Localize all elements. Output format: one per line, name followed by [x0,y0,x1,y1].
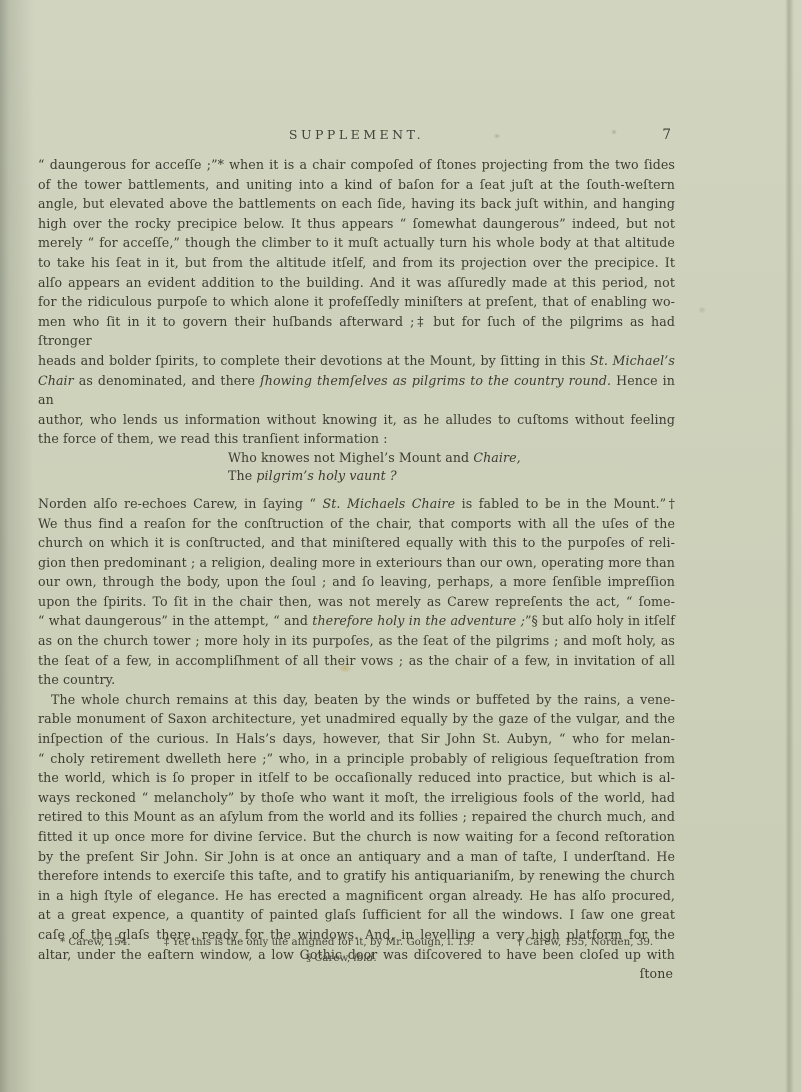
paragraph-2: Norden alſo re-echoes Carew, in ſaying “… [38,494,675,690]
text-line: in a high ſtyle of elegance. He has erec… [38,886,675,906]
text-line: alſo appears an evident addition to the … [38,273,675,293]
main-text-block: “ daungerous for acceſſe ;”* when it is … [38,155,675,984]
text-line: men who ſit in it to govern their huſban… [38,312,675,351]
text-line: fitted it up once more for divine ſervic… [38,827,675,847]
running-head-title: SUPPLEMENT. [38,127,675,142]
text-line: ways reckoned “ melancholy” by thoſe who… [38,788,675,808]
text-line: of the tower battlements, and uniting in… [38,175,675,195]
text-line: by the preſent Sir John. Sir John is at … [38,847,675,867]
text-line: for the ridiculous purpoſe to which alon… [38,292,675,312]
text-line: at a great expence, a quantity of painte… [38,905,675,925]
text-line: church on which it is conſtructed, and t… [38,533,675,553]
text-line: gion then predominant ; a religion, deal… [38,553,675,573]
text-line: author, who lends us information without… [38,410,675,430]
text-line: Norden alſo re-echoes Carew, in ſaying “… [38,494,675,514]
footnote-dagger: † Carew, 155, Norden, 39. [517,936,653,948]
text-line: upon the ſpirits. To ſit in the chair th… [38,592,675,612]
footnote-star: * Carew, 154. [60,936,131,948]
running-head: SUPPLEMENT. 7 [38,127,675,147]
footnote-double-dagger: ‡ Yet this is the only uſe aſſigned for … [164,936,473,948]
text-line: rable monument of Saxon architecture, ye… [38,709,675,729]
text-line: The whole church remains at this day, be… [38,690,675,710]
paragraph-1: “ daungerous for acceſſe ;”* when it is … [38,155,675,449]
text-line: the country. [38,670,675,690]
verse-quotation: Who knowes not Mighel’s Mount and Chaire… [228,449,675,485]
text-line: therefore intends to exerciſe this taſte… [38,866,675,886]
text-line: angle, but elevated above the battlement… [38,194,675,214]
text-line: “ choly retirement dwelleth here ;” who,… [38,749,675,769]
text-line: Chair as denominated, and there ſhowing … [38,371,675,410]
text-line: heads and bolder ſpirits, to complete th… [38,351,675,371]
book-page: SUPPLEMENT. 7 “ daungerous for acceſſe ;… [0,0,801,1092]
footnote-section: § Carew, ibid. [306,952,377,964]
verse-line: Who knowes not Mighel’s Mount and Chaire… [228,449,675,467]
footnote-row-1: * Carew, 154. ‡ Yet this is the only uſe… [38,936,675,952]
text-line: high over the rocky precipice below. It … [38,214,675,234]
text-line: the force of them, we read this tranſien… [38,429,675,449]
verse-line: The pilgrim’s holy vaunt ? [228,467,675,485]
text-line: merely “ for acceſſe,” though the climbe… [38,233,675,253]
text-line: We thus find a reaſon for the conſtructi… [38,514,675,534]
text-line: the world, which is ſo proper in itſelf … [38,768,675,788]
text-line: “ what daungerous” in the attempt, “ and… [38,611,675,631]
text-line: to take his ſeat in it, but from the alt… [38,253,675,273]
footnote-row-2: § Carew, ibid. [38,952,675,968]
text-line: as on the church tower ; more holy in it… [38,631,675,651]
text-line: inſpection of the curious. In Hals’s day… [38,729,675,749]
text-line: the ſeat of a few, in accompliſhment of … [38,651,675,671]
text-line: retired to this Mount as an aſylum from … [38,807,675,827]
footnotes: * Carew, 154. ‡ Yet this is the only uſe… [38,936,675,968]
text-line: our own, through the body, upon the ſoul… [38,572,675,592]
page-number: 7 [662,127,671,143]
paragraph-3: The whole church remains at this day, be… [38,690,675,964]
text-line: “ daungerous for acceſſe ;”* when it is … [38,155,675,175]
